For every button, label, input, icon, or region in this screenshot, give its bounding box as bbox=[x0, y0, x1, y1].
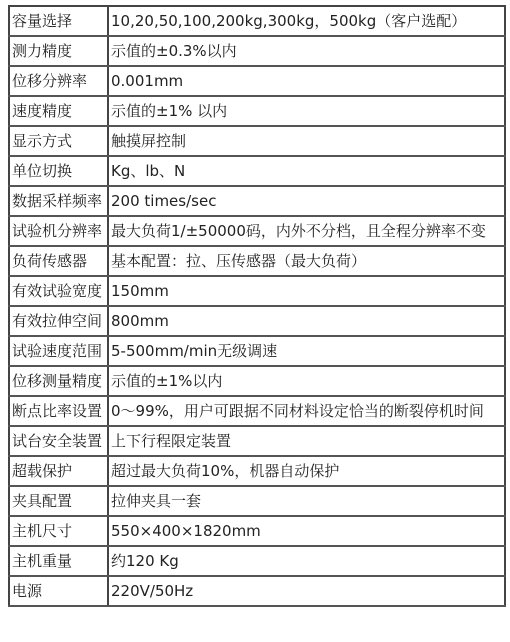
spec-value: 示值的±1% 以内 bbox=[108, 96, 505, 126]
spec-value: 上下行程限定装置 bbox=[108, 426, 505, 456]
table-row: 夹具配置拉伸夹具一套 bbox=[9, 486, 505, 516]
spec-label: 试验速度范围 bbox=[9, 336, 108, 366]
spec-value: 触摸屏控制 bbox=[108, 126, 505, 156]
spec-value: 最大负荷1/±50000码，内外不分档，且全程分辨率不变 bbox=[108, 216, 505, 246]
spec-value: 10,20,50,100,200kg,300kg，500kg（客户选配） bbox=[108, 6, 505, 36]
spec-value: 800mm bbox=[108, 306, 505, 336]
table-row: 有效拉伸空间800mm bbox=[9, 306, 505, 336]
spec-label: 负荷传感器 bbox=[9, 246, 108, 276]
table-row: 试验速度范围5-500mm/min无级调速 bbox=[9, 336, 505, 366]
table-row: 容量选择10,20,50,100,200kg,300kg，500kg（客户选配） bbox=[9, 6, 505, 36]
spec-table: 容量选择10,20,50,100,200kg,300kg，500kg（客户选配）… bbox=[8, 5, 506, 607]
spec-label: 位移分辨率 bbox=[9, 66, 108, 96]
spec-value: 220V/50Hz bbox=[108, 576, 505, 606]
spec-label: 测力精度 bbox=[9, 36, 108, 66]
table-row: 测力精度示值的±0.3%以内 bbox=[9, 36, 505, 66]
spec-label: 数据采样频率 bbox=[9, 186, 108, 216]
table-row: 位移测量精度示值的±1%以内 bbox=[9, 366, 505, 396]
spec-value: 示值的±0.3%以内 bbox=[108, 36, 505, 66]
spec-label: 有效试验宽度 bbox=[9, 276, 108, 306]
table-row: 负荷传感器基本配置：拉、压传感器（最大负荷） bbox=[9, 246, 505, 276]
spec-label: 容量选择 bbox=[9, 6, 108, 36]
spec-label: 速度精度 bbox=[9, 96, 108, 126]
spec-value: 基本配置：拉、压传感器（最大负荷） bbox=[108, 246, 505, 276]
spec-label: 位移测量精度 bbox=[9, 366, 108, 396]
spec-label: 试台安全装置 bbox=[9, 426, 108, 456]
table-row: 显示方式触摸屏控制 bbox=[9, 126, 505, 156]
table-row: 试验机分辨率最大负荷1/±50000码，内外不分档，且全程分辨率不变 bbox=[9, 216, 505, 246]
table-row: 速度精度示值的±1% 以内 bbox=[9, 96, 505, 126]
table-row: 超载保护超过最大负荷10%，机器自动保护 bbox=[9, 456, 505, 486]
spec-label: 单位切换 bbox=[9, 156, 108, 186]
spec-table-body: 容量选择10,20,50,100,200kg,300kg，500kg（客户选配）… bbox=[9, 6, 505, 606]
spec-value: 0.001mm bbox=[108, 66, 505, 96]
spec-value: 拉伸夹具一套 bbox=[108, 486, 505, 516]
spec-value: 超过最大负荷10%，机器自动保护 bbox=[108, 456, 505, 486]
spec-value: 150mm bbox=[108, 276, 505, 306]
table-row: 有效试验宽度150mm bbox=[9, 276, 505, 306]
spec-value: 550×400×1820mm bbox=[108, 516, 505, 546]
spec-label: 主机尺寸 bbox=[9, 516, 108, 546]
spec-value: Kg、lb、N bbox=[108, 156, 505, 186]
spec-value: 0～99%，用户可跟据不同材料设定恰当的断裂停机时间 bbox=[108, 396, 505, 426]
spec-value: 约120 Kg bbox=[108, 546, 505, 576]
table-row: 试台安全装置上下行程限定装置 bbox=[9, 426, 505, 456]
spec-label: 显示方式 bbox=[9, 126, 108, 156]
table-row: 数据采样频率200 times/sec bbox=[9, 186, 505, 216]
spec-label: 断点比率设置 bbox=[9, 396, 108, 426]
table-row: 位移分辨率0.001mm bbox=[9, 66, 505, 96]
spec-label: 试验机分辨率 bbox=[9, 216, 108, 246]
table-row: 电源220V/50Hz bbox=[9, 576, 505, 606]
spec-value: 200 times/sec bbox=[108, 186, 505, 216]
spec-label: 超载保护 bbox=[9, 456, 108, 486]
spec-label: 电源 bbox=[9, 576, 108, 606]
table-row: 断点比率设置0～99%，用户可跟据不同材料设定恰当的断裂停机时间 bbox=[9, 396, 505, 426]
spec-value: 示值的±1%以内 bbox=[108, 366, 505, 396]
spec-label: 有效拉伸空间 bbox=[9, 306, 108, 336]
spec-label: 夹具配置 bbox=[9, 486, 108, 516]
table-row: 主机尺寸550×400×1820mm bbox=[9, 516, 505, 546]
table-row: 主机重量约120 Kg bbox=[9, 546, 505, 576]
spec-value: 5-500mm/min无级调速 bbox=[108, 336, 505, 366]
spec-label: 主机重量 bbox=[9, 546, 108, 576]
table-row: 单位切换Kg、lb、N bbox=[9, 156, 505, 186]
